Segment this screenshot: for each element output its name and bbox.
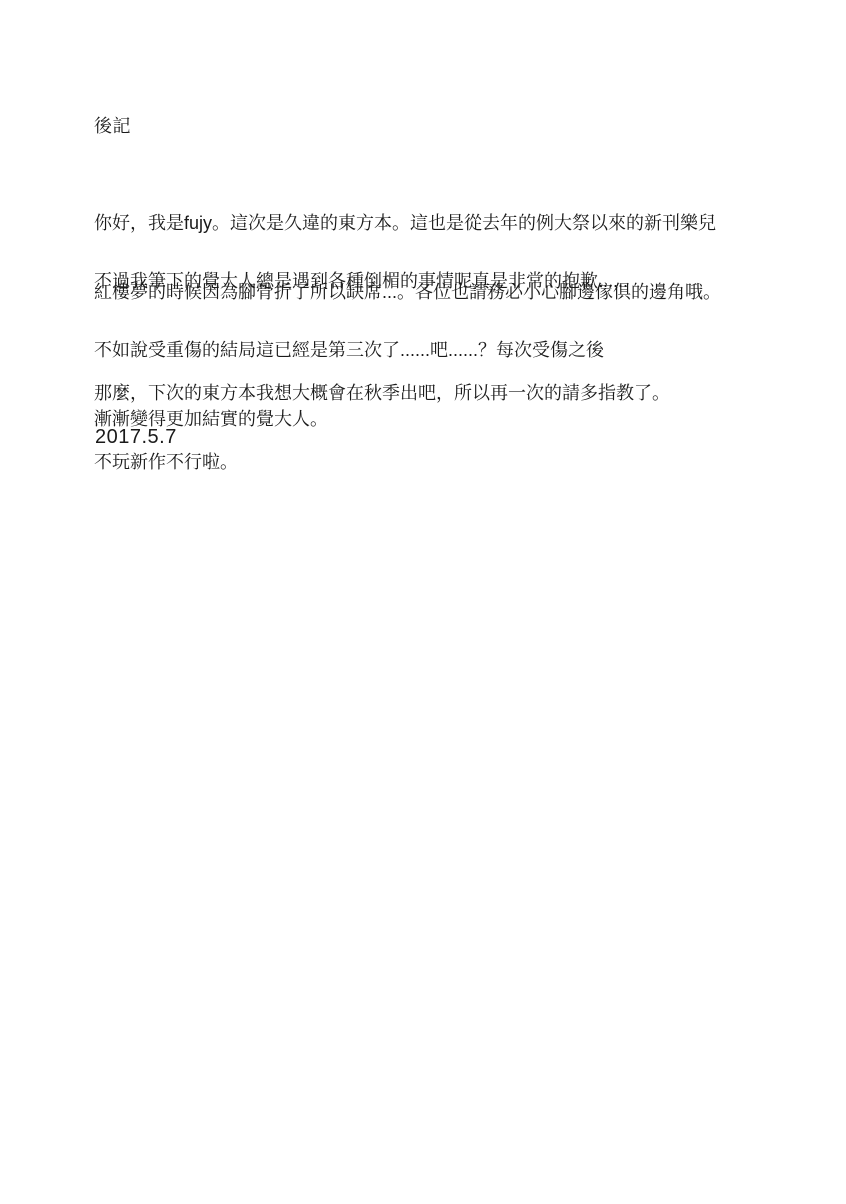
closing-paragraph-line-1: 那麼，下次的東方本我想大概會在秋季出吧，所以再一次的請多指教了。 bbox=[94, 382, 670, 405]
apology-paragraph-line-1: 不過我筆下的覺大人總是遇到各種倒楣的事情呢真是非常的抱歉...... bbox=[94, 270, 628, 293]
afterword-page: 後記 你好，我是fujy。這次是久違的東方本。這也是從去年的例大祭以來的新刊樂兒… bbox=[0, 0, 846, 1204]
date-text: 2017.5.7 bbox=[95, 426, 177, 449]
page-title: 後記 bbox=[94, 115, 131, 138]
closing-paragraph-line-2: 不玩新作不行啦。 bbox=[94, 451, 670, 474]
closing-paragraph: 那麼，下次的東方本我想大概會在秋季出吧，所以再一次的請多指教了。 不玩新作不行啦… bbox=[94, 336, 670, 520]
